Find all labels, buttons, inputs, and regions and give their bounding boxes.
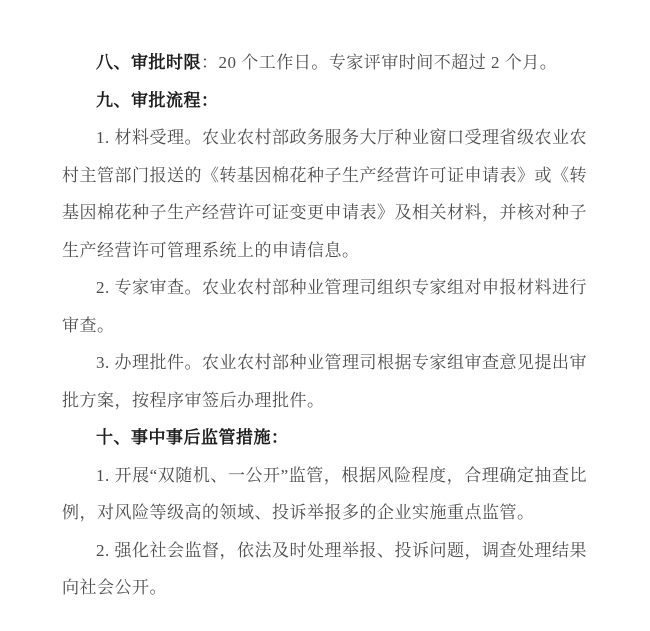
section-heading-approval-time-limit-title: 八、审批时限	[96, 53, 201, 72]
document-page: 八、审批时限：20 个工作日。专家评审时间不超过 2 个月。 九、审批流程： 1…	[0, 0, 650, 631]
section-heading-supervision-measures: 十、事中事后监管措施：	[62, 419, 587, 457]
paragraph-supervision-2-social-supervision: 2. 强化社会监督，依法及时处理举报、投诉问题，调查处理结果向社会公开。	[62, 532, 587, 607]
paragraph-step-2-expert-review: 2. 专家审查。农业农村部种业管理司组织专家组对申报材料进行审查。	[62, 269, 587, 344]
paragraph-step-1-material-acceptance: 1. 材料受理。农业农村部政务服务大厅种业窗口受理省级农业农村主管部门报送的《转…	[62, 119, 587, 269]
section-heading-approval-time-limit: 八、审批时限：20 个工作日。专家评审时间不超过 2 个月。	[62, 44, 587, 82]
paragraph-supervision-1-random-inspection: 1. 开展“双随机、一公开”监管，根据风险程度，合理确定抽查比例，对风险等级高的…	[62, 457, 587, 532]
document-body: 八、审批时限：20 个工作日。专家评审时间不超过 2 个月。 九、审批流程： 1…	[0, 0, 650, 607]
paragraph-step-3-approval-document: 3. 办理批件。农业农村部种业管理司根据专家组审查意见提出审批方案，按程序审签后…	[62, 344, 587, 419]
section-heading-approval-time-limit-text: ：20 个工作日。专家评审时间不超过 2 个月。	[201, 53, 557, 72]
section-heading-approval-process: 九、审批流程：	[62, 82, 587, 120]
